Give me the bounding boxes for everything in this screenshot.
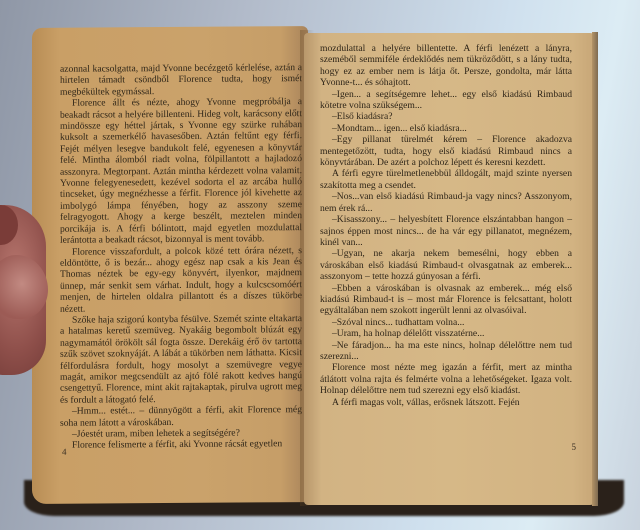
page-number-right: 5 <box>572 442 577 453</box>
paragraph: A férfi magas volt, vállas, erősnek láts… <box>320 397 572 408</box>
paragraph: –Igen... a segítségemre lehet... egy els… <box>320 89 572 112</box>
paragraph: azonnal kacsolgatta, majd Yvonne becézge… <box>60 62 302 98</box>
paragraph: A férfi egyre türelmetlenebbül álldogált… <box>320 168 572 191</box>
paragraph: Szőke haja szigorú kontyba fésülve. Szem… <box>60 313 302 406</box>
paragraph: –Hmm... estét... – dünnyögött a férfi, a… <box>60 404 302 429</box>
paragraph: –Ugyan, ne akarja nekem bemesélni, hogy … <box>320 248 572 282</box>
page-stack-edge <box>592 32 598 506</box>
paragraph: mozdulattal a helyére billentette. A fér… <box>320 43 572 89</box>
paragraph: Florence visszafordult, a polcok közé te… <box>60 245 302 315</box>
paragraph: –Egy pillanat türelmét kérem – Florence … <box>320 134 572 168</box>
paragraph: –Első kiadásra? <box>320 111 572 122</box>
left-page-text: azonnal kacsolgatta, majd Yvonne becézge… <box>60 62 302 452</box>
paragraph: –Kisasszony... – helyesbített Florence e… <box>320 214 572 248</box>
right-page-text: mozdulattal a helyére billentette. A fér… <box>320 43 572 408</box>
paragraph: Florence felismerte a férfit, aki Yvonne… <box>60 438 302 451</box>
page-number-left: 4 <box>62 446 67 457</box>
paragraph: –Mondtam... igen... első kiadásra... <box>320 123 572 134</box>
paragraph: –Ebben a városkában is olvasnak az ember… <box>320 283 572 317</box>
paragraph: –Uram, ha holnap délelőtt visszatérne... <box>320 328 572 339</box>
right-page: mozdulattal a helyére billentette. A fér… <box>304 33 596 505</box>
paragraph: Florence most nézte meg igazán a férfit,… <box>320 362 572 396</box>
paragraph: –Nos...van első kiadású Rimbaud-ja vagy … <box>320 191 572 214</box>
paragraph: Florence állt és nézte, ahogy Yvonne meg… <box>60 96 302 246</box>
paragraph: –Ne fáradjon... ha ma este nincs, holnap… <box>320 340 572 363</box>
paragraph: –Szóval nincs... tudhattam volna... <box>320 317 572 328</box>
left-page: azonnal kacsolgatta, majd Yvonne becézge… <box>32 26 308 504</box>
